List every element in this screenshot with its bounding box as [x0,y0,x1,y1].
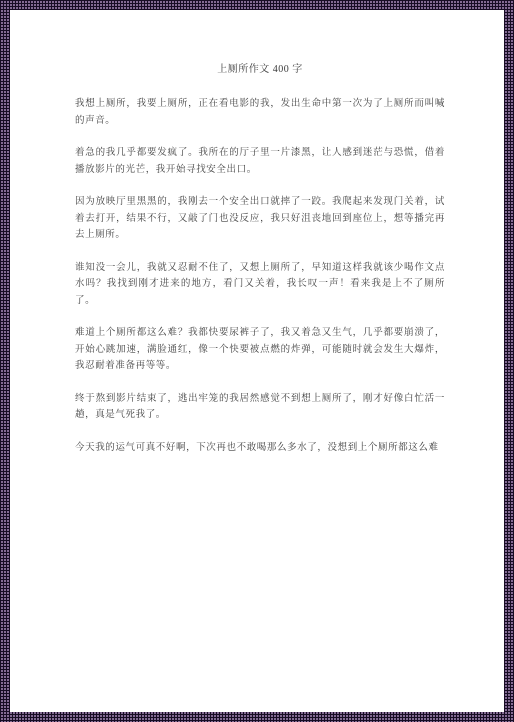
essay-paragraph: 我想上厕所，我要上厕所，正在看电影的我，发出生命中第一次为了上厕所而叫喊的声音。 [75,96,445,129]
dotted-border-frame: 上厕所作文 400 字 我想上厕所，我要上厕所，正在看电影的我，发出生命中第一次… [0,0,514,722]
essay-paragraph: 谁知没一会儿，我就又忍耐不住了，又想上厕所了，早知道这样我就该少喝作文点水吗？我… [75,260,445,310]
essay-paragraph: 终于熬到影片结束了，逃出牢笼的我居然感觉不到想上厕所了，刚才好像白忙活一趟，真是… [75,391,445,424]
essay-paragraph: 因为放映厅里黑黑的，我刚去一个安全出口就摔了一跤。我爬起来发现门关着，试着去打开… [75,194,445,244]
essay-body: 我想上厕所，我要上厕所，正在看电影的我，发出生命中第一次为了上厕所而叫喊的声音。… [75,96,445,456]
essay-paragraph: 难道上个厕所都这么难？我都快要尿裤子了，我又着急又生气，几乎都要崩溃了，开始心跳… [75,325,445,375]
essay-paragraph: 着急的我几乎都要发疯了。我所在的厅子里一片漆黑，让人感到迷茫与恐慌，借着播放影片… [75,145,445,178]
essay-page: 上厕所作文 400 字 我想上厕所，我要上厕所，正在看电影的我，发出生命中第一次… [10,10,504,712]
essay-title: 上厕所作文 400 字 [75,60,445,75]
essay-paragraph: 今天我的运气可真不好啊，下次再也不敢喝那么多水了，没想到上个厕所都这么难 [75,440,445,457]
